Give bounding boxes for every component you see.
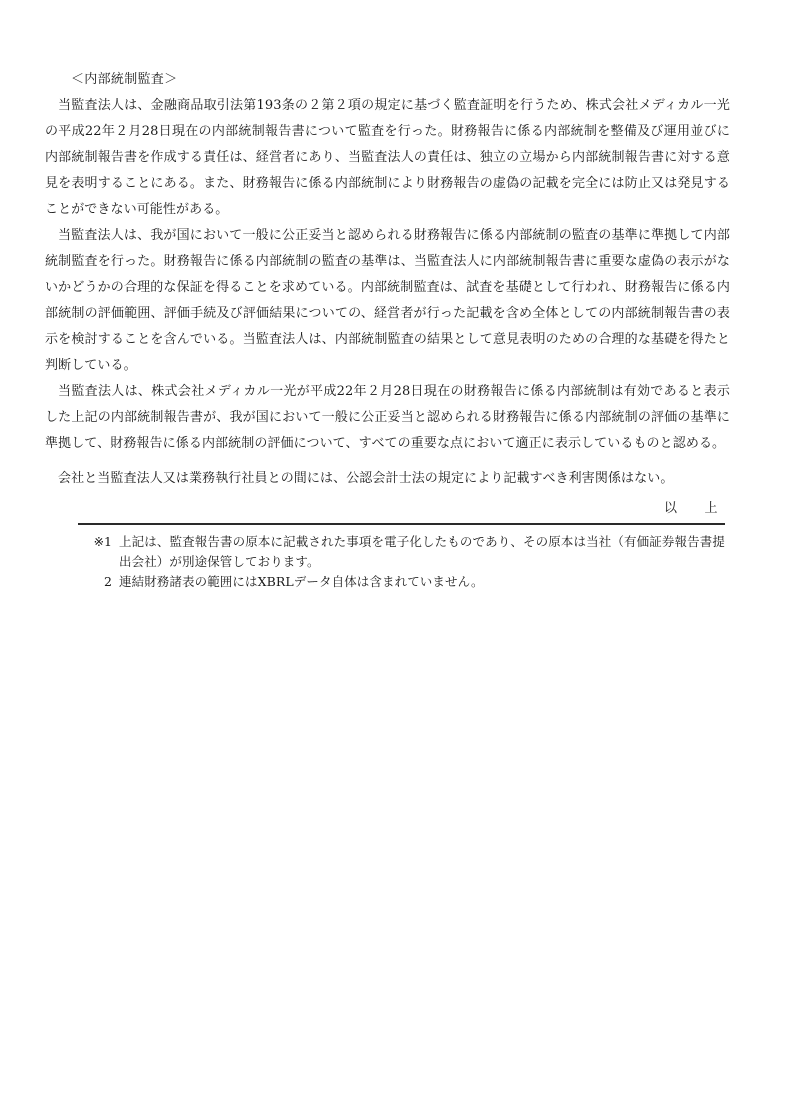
footnote-marker-1: ※1 <box>78 532 112 572</box>
footnote-row-1: ※1 上記は、監査報告書の原本に記載された事項を電子化したものであり、その原本は… <box>78 532 725 572</box>
paragraph-audit-standards: 当監査法人は、我が国において一般に公正妥当と認められる財務報告に係る内部統制の監… <box>45 223 730 379</box>
paragraph-interest-relationship: 会社と当監査法人又は業務執行社員との間には、公認会計士法の規定により記載すべき利… <box>45 466 730 492</box>
footnote-text-2: 連結財務諸表の範囲にはXBRLデータ自体は含まれていません。 <box>119 572 725 592</box>
section-heading-internal-control-audit: ＜内部統制監査＞ <box>45 66 730 93</box>
paragraph-audit-scope: 当監査法人は、金融商品取引法第193条の２第２項の規定に基づく監査証明を行うため… <box>45 93 730 223</box>
paragraph-audit-opinion: 当監査法人は、株式会社メディカル一光が平成22年２月28日現在の財務報告に係る内… <box>45 379 730 457</box>
footnote-block: ※1 上記は、監査報告書の原本に記載された事項を電子化したものであり、その原本は… <box>78 523 725 592</box>
footnote-row-2: 2 連結財務諸表の範囲にはXBRLデータ自体は含まれていません。 <box>78 572 725 592</box>
footnote-marker-2: 2 <box>78 572 112 592</box>
footnote-text-1: 上記は、監査報告書の原本に記載された事項を電子化したものであり、その原本は当社（… <box>119 532 725 572</box>
audit-report-page: ＜内部統制監査＞ 当監査法人は、金融商品取引法第193条の２第２項の規定に基づく… <box>0 0 790 1118</box>
closing-ijou-label: 以 上 <box>45 501 730 516</box>
